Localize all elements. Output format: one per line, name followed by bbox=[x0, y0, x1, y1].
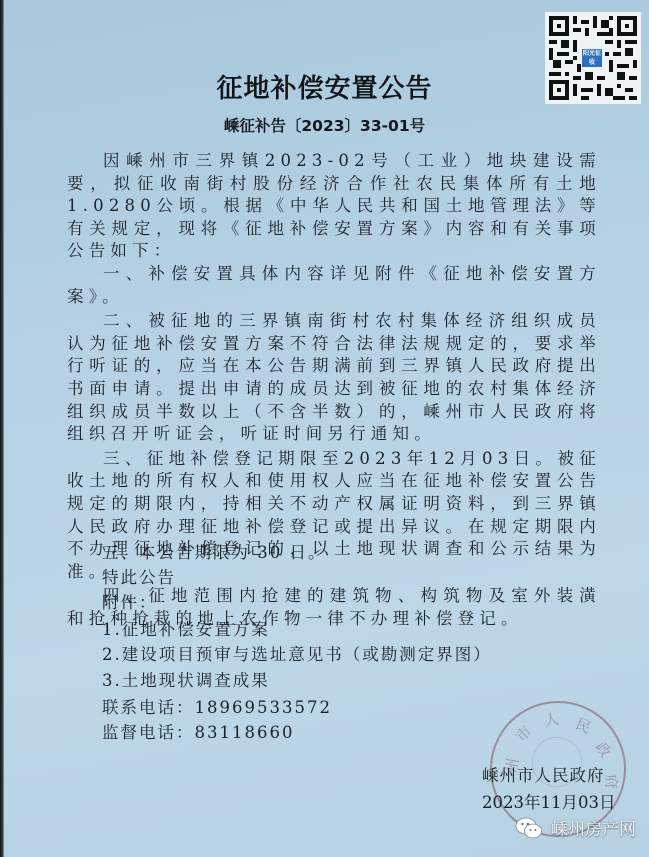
attachment-item: 1.征地补偿安置方案 bbox=[102, 616, 270, 640]
qr-center-logo: 阳光征收 bbox=[582, 49, 602, 67]
seal-char: 市 bbox=[511, 721, 536, 746]
qr-logo-label: 阳光征收 bbox=[583, 50, 601, 66]
period-notice: 五、本公告期限为 30 日。 bbox=[102, 539, 327, 563]
supervision-phone: 监督电话：83118660 bbox=[102, 719, 294, 743]
attachment-item: 2.建设项目预审与选址意见书（或勘测定界图） bbox=[102, 641, 492, 665]
issue-date: 2023年11月03日 bbox=[482, 789, 615, 813]
clause-1: 一、补偿安置具体内容详见附件《征地补偿安置方案》。 bbox=[67, 263, 601, 308]
closing-text: 特此公告 bbox=[102, 564, 176, 588]
seal-char: 人 bbox=[542, 708, 560, 731]
attachment-item: 3.土地现状调查成果 bbox=[102, 667, 270, 691]
watermark: 嵊州房产网 bbox=[515, 815, 636, 840]
seal-char: 政 bbox=[591, 737, 617, 761]
wechat-icon bbox=[515, 816, 543, 840]
watermark-text: 嵊州房产网 bbox=[551, 815, 636, 840]
intro-paragraph: 因嵊州市三界镇2023-02号（工业）地块建设需要，拟征收南街村股份经济合作社农… bbox=[67, 150, 601, 263]
notice-title: 征地补偿安置公告 bbox=[0, 68, 649, 105]
seal-char: 民 bbox=[572, 713, 594, 738]
attachments-label: 附件： bbox=[102, 589, 158, 613]
clause-2: 二、被征地的三界镇南街村农村集体经济组织成员认为征地补偿安置方案不符合法律法规规… bbox=[67, 310, 601, 446]
document-number: 嵊征补告〔2023〕33-01号 bbox=[0, 114, 649, 136]
contact-phone: 联系电话：18969533572 bbox=[102, 694, 332, 718]
issuing-authority: 嵊州市人民政府 bbox=[482, 762, 605, 786]
